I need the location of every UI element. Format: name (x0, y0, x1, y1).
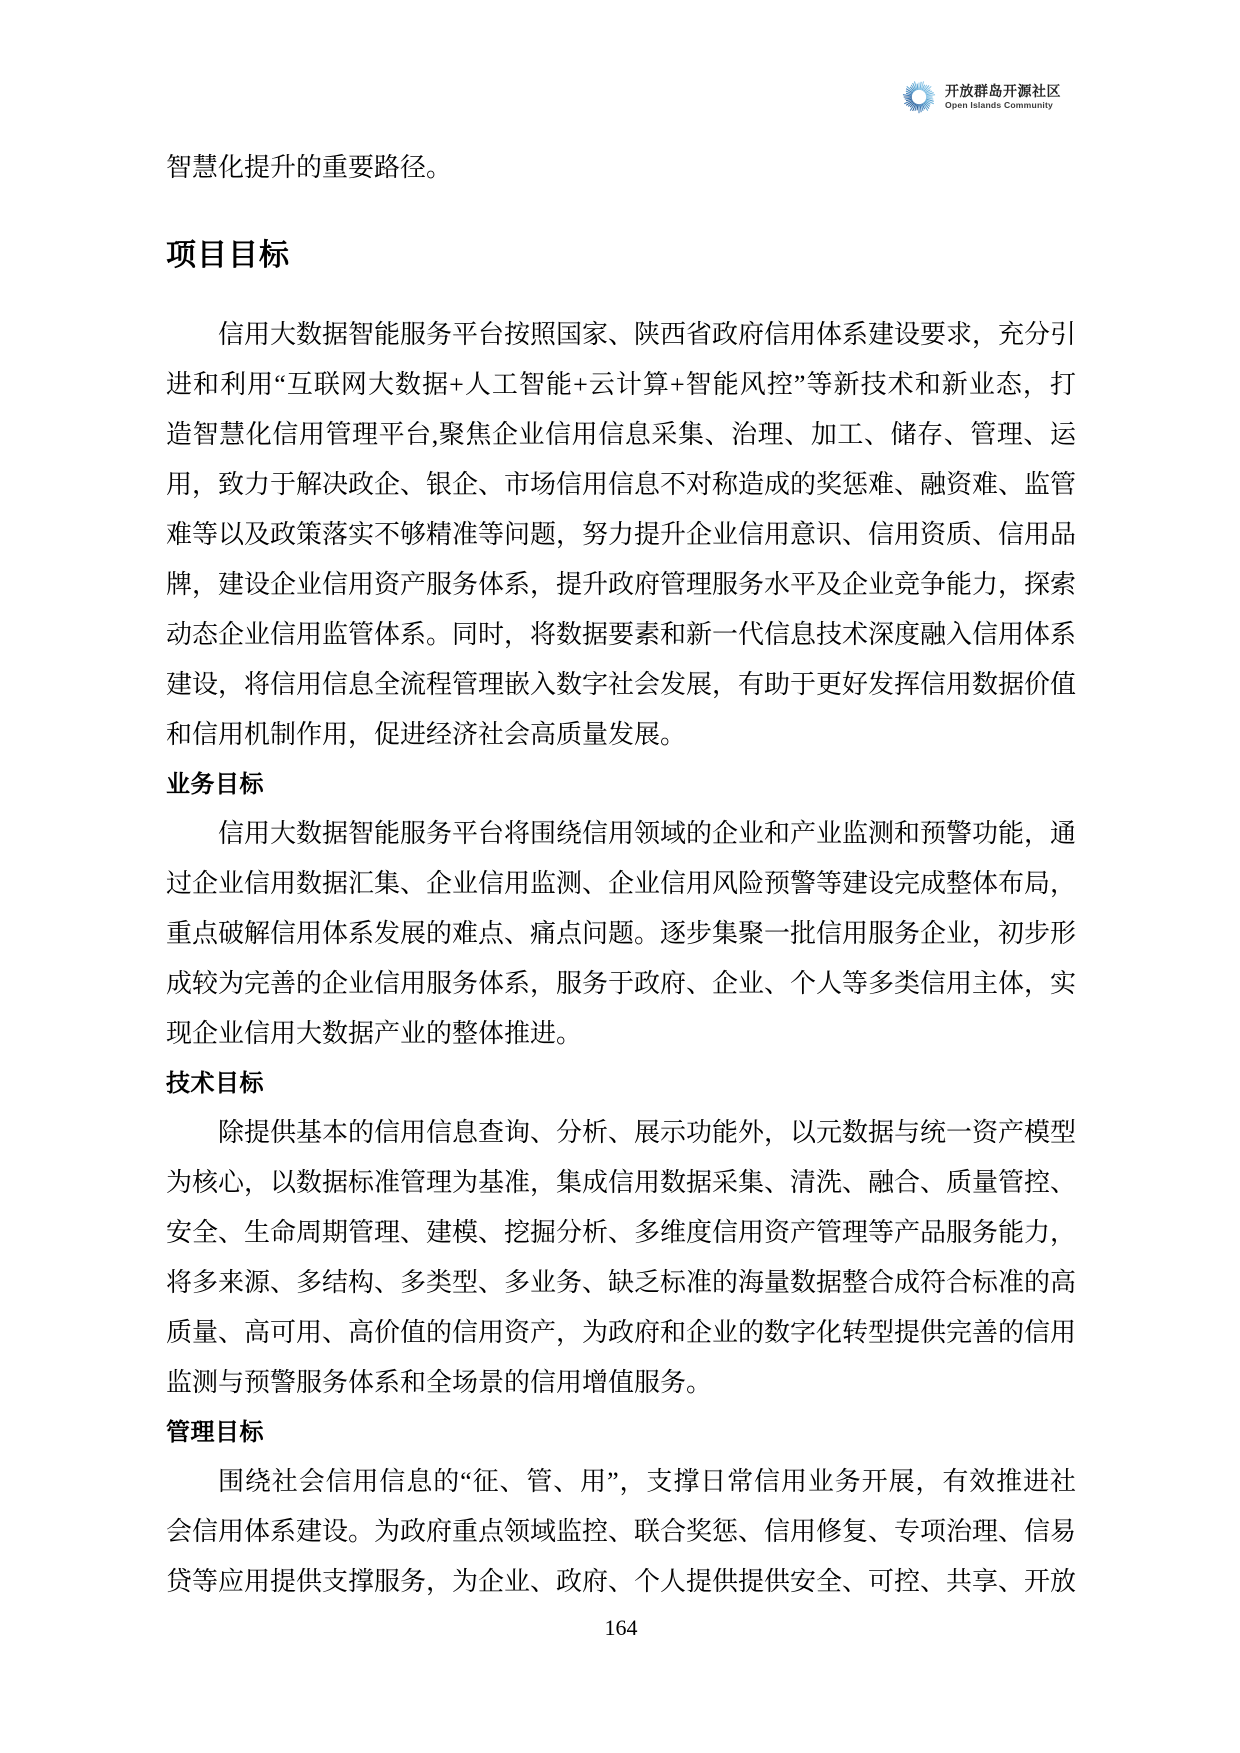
body-line: 建设，将信用信息全流程管理嵌入数字社会发展，有助于更好发挥信用数据价值 (166, 660, 1076, 710)
logo-title-en: Open Islands Community (945, 100, 1061, 111)
sunburst-logo-icon (902, 80, 936, 114)
body-line: 重点破解信用体系发展的难点、痛点问题。逐步集聚一批信用服务企业，初步形 (166, 909, 1076, 959)
body-line: 动态企业信用监管体系。同时，将数据要素和新一代信息技术深度融入信用体系 (166, 610, 1076, 660)
body-line: 牌，建设企业信用资产服务体系，提升政府管理服务水平及企业竞争能力，探索 (166, 560, 1076, 610)
subheading-technical: 技术目标 (166, 1066, 1076, 1102)
body-line: 造智慧化信用管理平台,聚焦企业信用信息采集、治理、加工、储存、管理、运 (166, 410, 1076, 460)
body-line: 成较为完善的企业信用服务体系，服务于政府、企业、个人等多类信用主体，实 (166, 959, 1076, 1009)
body-line: 监测与预警服务体系和全场景的信用增值服务。 (166, 1358, 1076, 1408)
body-line: 信用大数据智能服务平台按照国家、陕西省政府信用体系建设要求，充分引 (166, 310, 1076, 360)
intro-line: 智慧化提升的重要路径。 (166, 152, 1076, 184)
body-line: 将多来源、多结构、多类型、多业务、缺乏标准的海量数据整合成符合标准的高 (166, 1258, 1076, 1308)
body-line: 围绕社会信用信息的“征、管、用”，支撑日常信用业务开展，有效推进社 (166, 1457, 1076, 1507)
body-line: 用，致力于解决政企、银企、市场信用信息不对称造成的奖惩难、融资难、监管 (166, 460, 1076, 510)
body-line: 会信用体系建设。为政府重点领域监控、联合奖惩、信用修复、专项治理、信易 (166, 1507, 1076, 1557)
page-footer: 164 (166, 1615, 1076, 1641)
body-line: 为核心，以数据标准管理为基准，集成信用数据采集、清洗、融合、质量管控、 (166, 1158, 1076, 1208)
body-line: 安全、生命周期管理、建模、挖掘分析、多维度信用资产管理等产品服务能力， (166, 1208, 1076, 1258)
subheading-business: 业务目标 (166, 767, 1076, 803)
paragraph-business: 信用大数据智能服务平台将围绕信用领域的企业和产业监测和预警功能，通 过企业信用数… (166, 809, 1076, 1059)
body-line: 质量、高可用、高价值的信用资产，为政府和企业的数字化转型提供完善的信用 (166, 1308, 1076, 1358)
page-number: 164 (605, 1615, 638, 1640)
logo: 开放群岛开源社区 Open Islands Community (902, 80, 1061, 114)
body-line: 除提供基本的信用信息查询、分析、展示功能外，以元数据与统一资产模型 (166, 1108, 1076, 1158)
document-page: 开放群岛开源社区 Open Islands Community 智慧化提升的重要… (0, 0, 1240, 1753)
body-line: 信用大数据智能服务平台将围绕信用领域的企业和产业监测和预警功能，通 (166, 809, 1076, 859)
subheading-management: 管理目标 (166, 1415, 1076, 1451)
body-line: 和信用机制作用，促进经济社会高质量发展。 (166, 710, 1076, 760)
body-line: 过企业信用数据汇集、企业信用监测、企业信用风险预警等建设完成整体布局， (166, 859, 1076, 909)
body-line: 进和利用“互联网大数据+人工智能+云计算+智能风控”等新技术和新业态，打 (166, 360, 1076, 410)
body-line: 贷等应用提供支撑服务，为企业、政府、个人提供提供安全、可控、共享、开放 (166, 1557, 1076, 1607)
paragraph-management: 围绕社会信用信息的“征、管、用”，支撑日常信用业务开展，有效推进社 会信用体系建… (166, 1457, 1076, 1607)
body-line: 现企业信用大数据产业的整体推进。 (166, 1009, 1076, 1059)
body-line: 难等以及政策落实不够精准等问题，努力提升企业信用意识、信用资质、信用品 (166, 510, 1076, 560)
paragraph-overview: 信用大数据智能服务平台按照国家、陕西省政府信用体系建设要求，充分引 进和利用“互… (166, 310, 1076, 760)
paragraph-technical: 除提供基本的信用信息查询、分析、展示功能外，以元数据与统一资产模型 为核心，以数… (166, 1108, 1076, 1408)
logo-title-cn: 开放群岛开源社区 (945, 83, 1061, 100)
document-content: 智慧化提升的重要路径。 项目目标 信用大数据智能服务平台按照国家、陕西省政府信用… (166, 152, 1076, 1641)
logo-text: 开放群岛开源社区 Open Islands Community (945, 83, 1061, 111)
page-title: 项目目标 (166, 238, 1076, 274)
